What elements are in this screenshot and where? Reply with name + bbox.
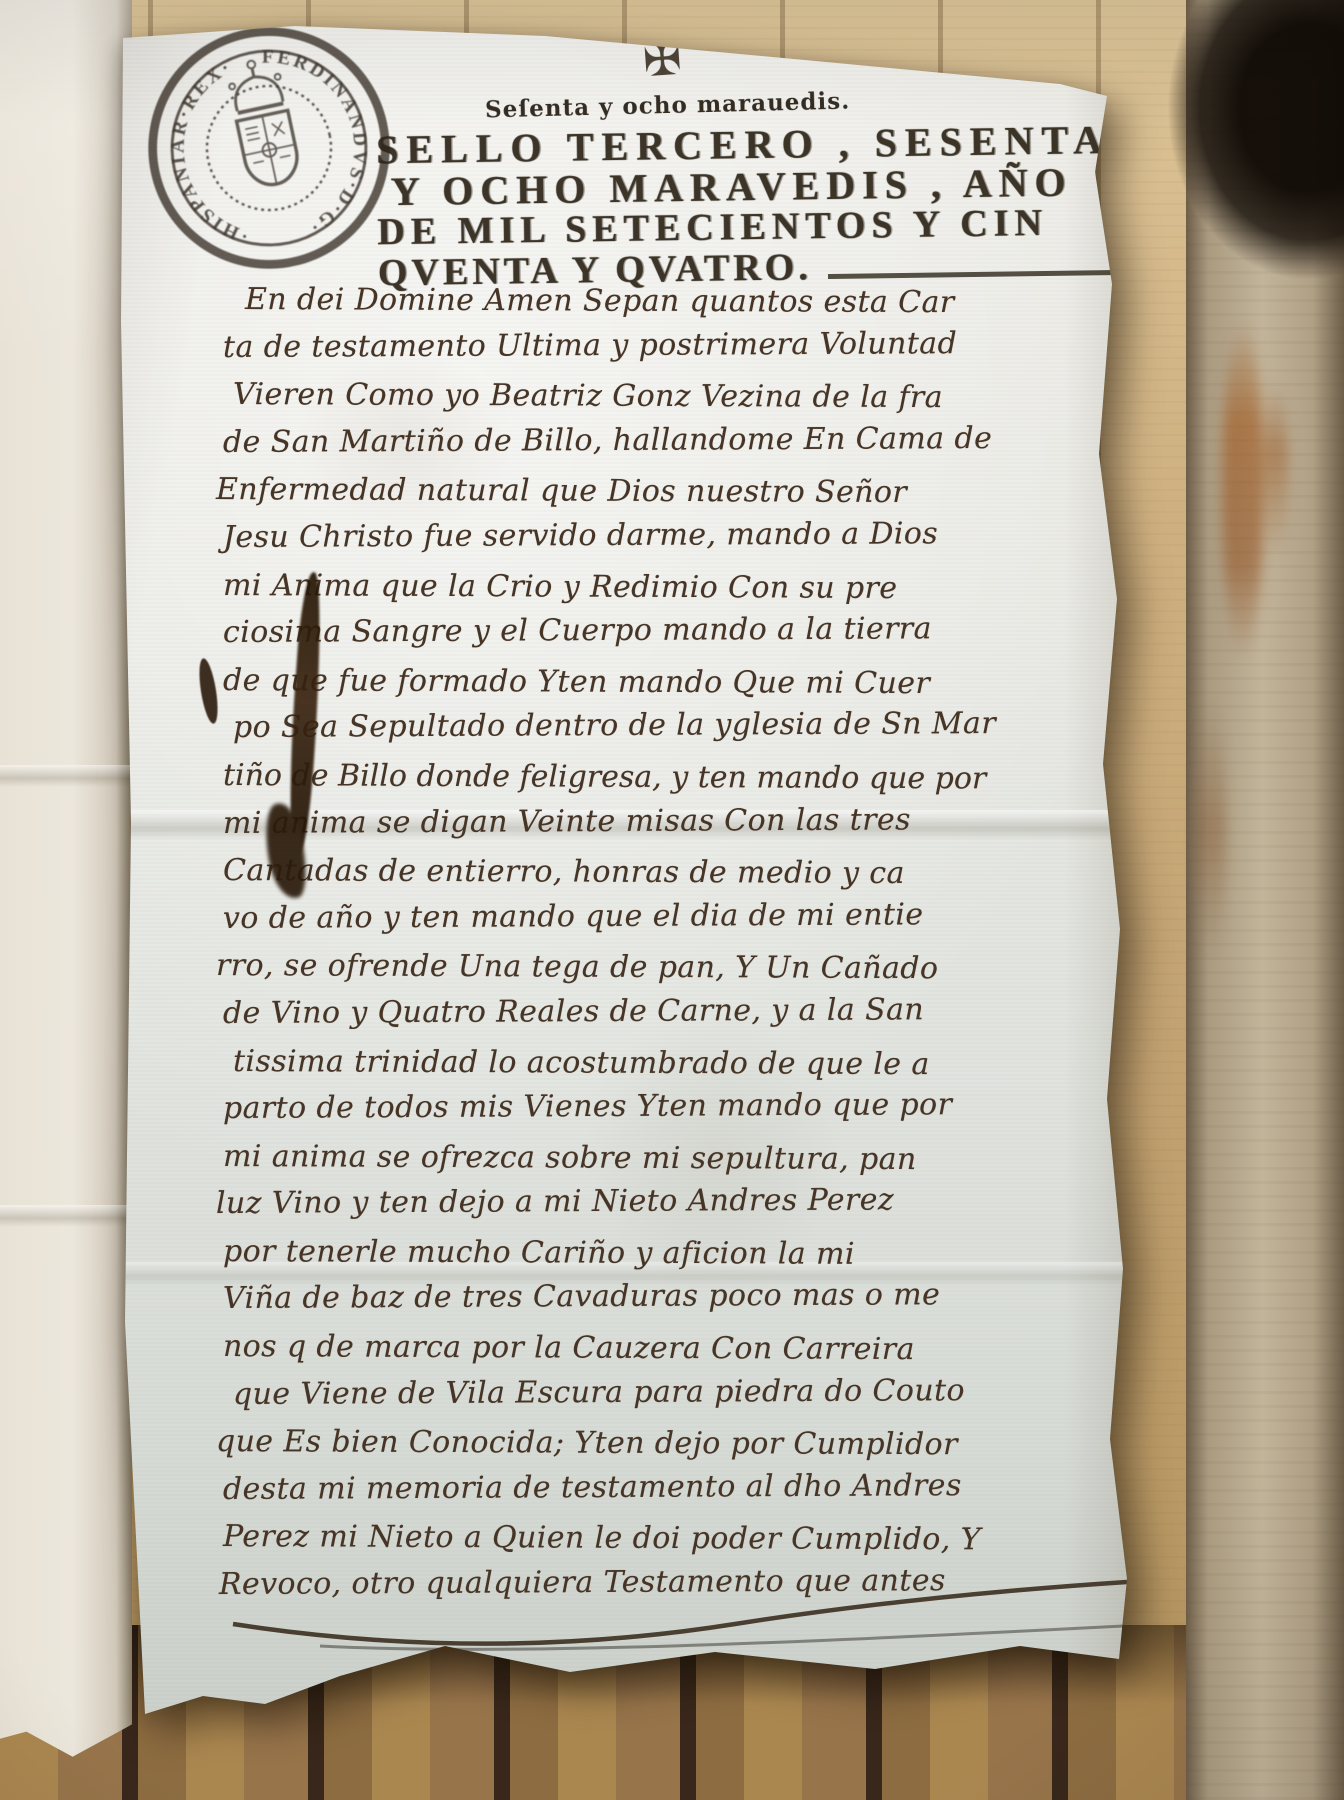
manuscript-line: de San Martiño de Billo, hallandome En C… [223, 414, 1091, 466]
royal-seal-stamp: FERDINANDVS·D·G· ·HISPANIAR·REX· [120, 0, 419, 297]
manuscript-line: luz Vino y ten dejo a mi Nieto Andres Pe… [216, 1176, 1091, 1228]
stamp-heading: SELLO TERCERO , SESENTA Y OCHO MARAVEDIS… [376, 119, 1140, 295]
fold-crease [0, 765, 132, 787]
manuscript-line: Jesu Christo fue servido darme, mando a … [223, 509, 1091, 561]
manuscript-text: En dei Domine Amen Sepan quantos esta Ca… [211, 276, 1091, 1609]
manuscript-page-wrap: FERDINANDVS·D·G· ·HISPANIAR·REX· [115, 22, 1135, 1722]
manuscript-line: de Vino y Quatro Reales de Carne, y a la… [223, 985, 1091, 1037]
corner-shadow [1128, 0, 1344, 350]
stamp-small-line: Seſenta y ocho marauedis. [485, 88, 851, 124]
manuscript-page: FERDINANDVS·D·G· ·HISPANIAR·REX· [115, 22, 1135, 1722]
manuscript-line: parto de todos mis Vienes Yten mando que… [223, 1081, 1091, 1133]
manuscript-line: ta de testamento Ultima y postrimera Vol… [223, 319, 1091, 371]
manuscript-line: Viña de baz de tres Cavaduras poco mas o… [223, 1271, 1091, 1323]
printer-cross-icon: ✠ [641, 31, 683, 88]
seal-shield [237, 110, 303, 189]
manuscript-line: po Sea Sepultado dentro de la yglesia de… [233, 700, 1091, 752]
manuscript-line: desta mi memoria de testamento al dho An… [223, 1461, 1091, 1513]
manuscript-line: que Viene de Vila Escura para piedra do … [233, 1366, 1091, 1418]
manuscript-line: vo de año y ten mando que el dia de mi e… [223, 890, 1091, 942]
fold-crease [0, 1205, 132, 1227]
manuscript-line: Revoco, otro qualquiera Testamento que a… [219, 1556, 1091, 1608]
folded-blank-leaf [0, 0, 132, 1800]
manuscript-line: mi anima se digan Veinte misas Con las t… [223, 795, 1091, 847]
manuscript-line: ciosima Sangre y el Cuerpo mando a la ti… [223, 605, 1091, 657]
